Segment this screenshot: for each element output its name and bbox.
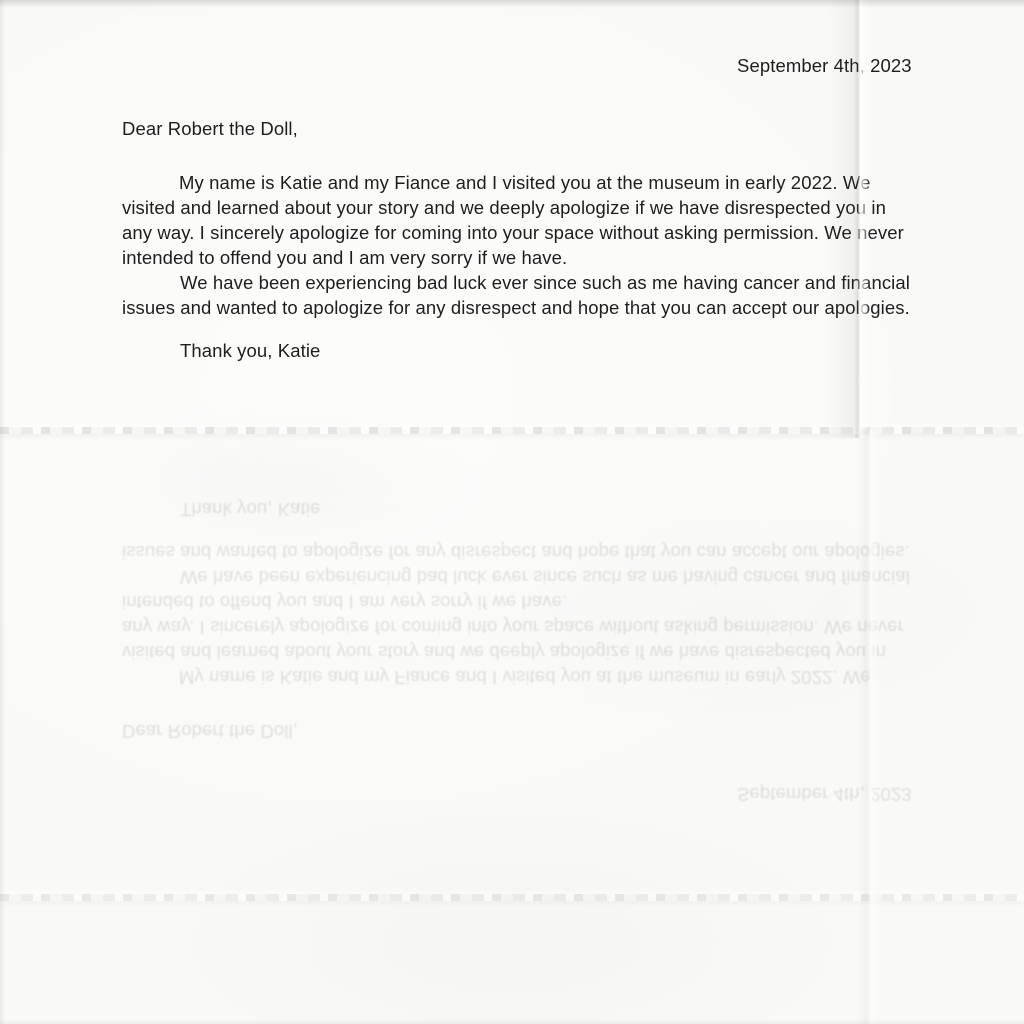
scan-edge-top [0,0,1024,7]
scanned-letter-page: September 4th, 2023 Dear Robert the Doll… [0,0,1024,1024]
scan-edge-left [0,0,5,1024]
letter-content: September 4th, 2023 Dear Robert the Doll… [0,45,1024,430]
body-line: issues and wanted to apologize for any d… [122,295,910,320]
body-line: We have been experiencing bad luck ever … [180,270,910,295]
body-line: any way. I sincerely apologize for comin… [122,220,904,245]
ghost-body-line: My name is Katie and my Fiance and I vis… [179,665,870,690]
vertical-crease-upper-right [828,0,870,438]
letter-salutation: Dear Robert the Doll, [122,116,298,141]
body-line: intended to offend you and I am very sor… [122,245,567,270]
ghost-body-line: We have been experiencing bad luck ever … [180,565,910,590]
body-line: visited and learned about your story and… [122,195,886,220]
ghost-body-line: any way. I sincerely apologize for comin… [122,615,904,640]
letter-date: September 4th, 2023 [737,53,912,78]
body-line: My name is Katie and my Fiance and I vis… [179,170,870,195]
ghost-body-line: issues and wanted to apologize for any d… [122,540,910,565]
ghost-body-line: intended to offend you and I am very sor… [122,590,567,615]
letter-closing: Thank you, Katie [180,338,320,363]
ghost-letter-date: September 4th, 2023 [737,782,912,807]
vertical-crease-lower-right [858,430,880,1024]
scan-edge-bottom [0,1019,1024,1024]
ghost-letter-closing: Thank you, Katie [180,497,320,522]
ghost-body-line: visited and learned about your story and… [122,640,886,665]
ghost-letter-salutation: Dear Robert the Doll, [122,719,298,744]
